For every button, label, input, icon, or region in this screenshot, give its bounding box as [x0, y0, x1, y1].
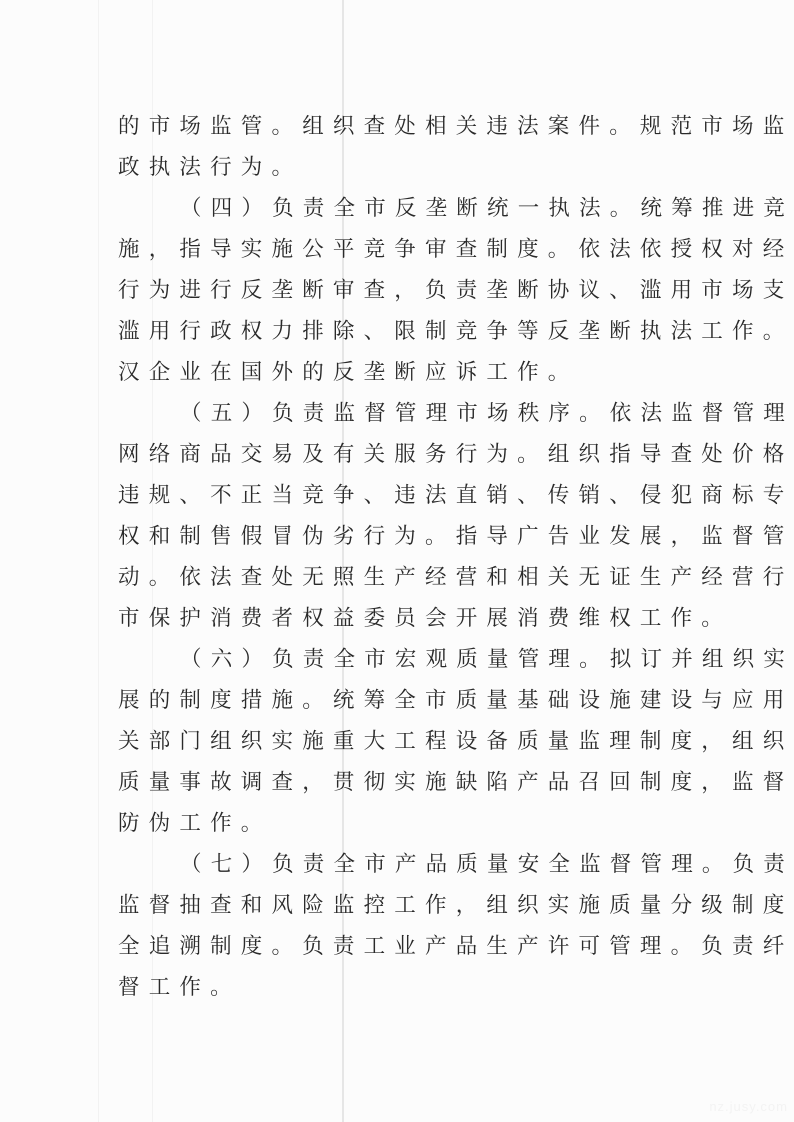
- paragraph-item-7: （七）负责全市产品质量安全监督管理。负责产品质量 监督抽查和风险监控工作，组织实…: [118, 844, 680, 1008]
- text-line: （六）负责全市宏观质量管理。拟订并组织实施质量发: [118, 639, 680, 680]
- paragraph-item-4: （四）负责全市反垄断统一执法。统筹推进竞争政策实 施，指导实施公平竞争审查制度。…: [118, 188, 680, 393]
- text-line: （七）负责全市产品质量安全监督管理。负责产品质量: [118, 844, 680, 885]
- paragraph-continuation: 的市场监管。组织查处相关违法案件。规范市场监督管理行 政执法行为。: [118, 106, 680, 188]
- text-line: 滥用行政权力排除、限制竞争等反垄断执法工作。指导在广: [118, 311, 680, 352]
- text-line: 防伪工作。: [118, 803, 680, 844]
- text-line: 违规、不正当竞争、违法直销、传销、侵犯商标专利知识产: [118, 475, 680, 516]
- text-line: 施，指导实施公平竞争审查制度。依法依授权对经营者集中: [118, 229, 680, 270]
- text-line: 的市场监管。组织查处相关违法案件。规范市场监督管理行: [118, 106, 680, 147]
- text-line: 网络商品交易及有关服务行为。组织指导查处价格收费违法: [118, 434, 680, 475]
- text-line: （五）负责监督管理市场秩序。依法监督管理市场交易、: [118, 393, 680, 434]
- text-line: 全追溯制度。负责工业产品生产许可管理。负责纤维质量监: [118, 926, 680, 967]
- text-line: 行为进行反垄断审查，负责垄断协议、滥用市场支配地位和: [118, 270, 680, 311]
- text-line: 汉企业在国外的反垄断应诉工作。: [118, 352, 680, 393]
- text-line: 督工作。: [118, 967, 680, 1008]
- text-line: 动。依法查处无照生产经营和相关无证生产经营行为。指导: [118, 557, 680, 598]
- paragraph-item-5: （五）负责监督管理市场秩序。依法监督管理市场交易、 网络商品交易及有关服务行为。…: [118, 393, 680, 639]
- text-line: 政执法行为。: [118, 147, 680, 188]
- text-line: 市保护消费者权益委员会开展消费维权工作。: [118, 598, 680, 639]
- document-page: 的市场监管。组织查处相关违法案件。规范市场监督管理行 政执法行为。 （四）负责全…: [118, 106, 680, 1008]
- text-line: 权和制售假冒伪劣行为。指导广告业发展，监督管理广告活: [118, 516, 680, 557]
- scan-artifact-line: [98, 0, 99, 1122]
- text-line: 展的制度措施。统筹全市质量基础设施建设与应用。会同有: [118, 680, 680, 721]
- text-line: 关部门组织实施重大工程设备质量监理制度，组织重大产品: [118, 721, 680, 762]
- text-line: （四）负责全市反垄断统一执法。统筹推进竞争政策实: [118, 188, 680, 229]
- text-line: 质量事故调查，贯彻实施缺陷产品召回制度，监督管理产品: [118, 762, 680, 803]
- text-line: 监督抽查和风险监控工作，组织实施质量分级制度、质量安: [118, 885, 680, 926]
- watermark: nz.jusy.com: [709, 1099, 788, 1114]
- paragraph-item-6: （六）负责全市宏观质量管理。拟订并组织实施质量发 展的制度措施。统筹全市质量基础…: [118, 639, 680, 844]
